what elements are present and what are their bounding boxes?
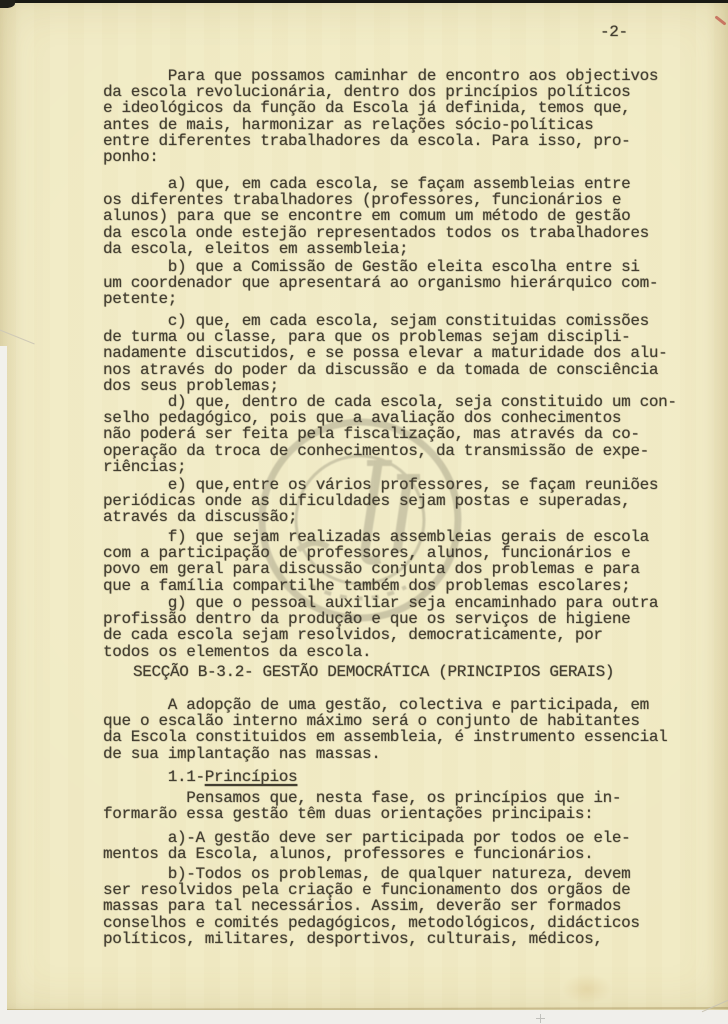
scanner-bed-left [0, 346, 7, 1010]
principles-intro: Pensamos que, nesta fase, os princípios … [103, 790, 728, 822]
principle-item-b: b)-Todos os problemas, de qualquer natur… [103, 866, 728, 947]
page-number: -2- [600, 24, 660, 40]
list-item-e: e) que,entre os vários professores, se f… [103, 477, 728, 526]
opening-paragraph: Para que possamos caminhar de encontro a… [103, 68, 728, 165]
subsection-number: 1.1- [103, 768, 205, 786]
scanner-bed-strip [0, 1010, 728, 1024]
list-item-a: a) que, em cada escola, se façam assembl… [103, 176, 728, 257]
subsection-title: Princípios [205, 768, 298, 786]
principle-item-a: a)-A gestão deve ser participada por tod… [103, 830, 728, 862]
list-item-c: c) que, em cada escola, sejam constituid… [103, 313, 728, 394]
paper-stain [552, 968, 622, 1010]
section-paragraph: A adopção de uma gestão, colectiva e par… [103, 697, 728, 762]
list-item-f: f) que sejam realizadas assembleias gera… [103, 529, 728, 594]
scan-top-edge [0, 0, 728, 3]
registration-cross-icon [536, 1014, 545, 1023]
subsection-heading: 1.1-Princípios [103, 769, 728, 785]
list-item-b: b) que a Comissão de Gestão eleita escol… [103, 259, 728, 308]
list-item-d: d) que, dentro de cada escola, seja cons… [103, 394, 728, 475]
section-heading: SECÇÃO B-3.2- GESTÃO DEMOCRÁTICA (PRINCI… [133, 664, 728, 680]
scanned-document: -2- Para que possamos caminhar de encont… [0, 0, 728, 1024]
list-item-g: g) que o pessoal auxiliar seja encaminha… [103, 595, 728, 660]
